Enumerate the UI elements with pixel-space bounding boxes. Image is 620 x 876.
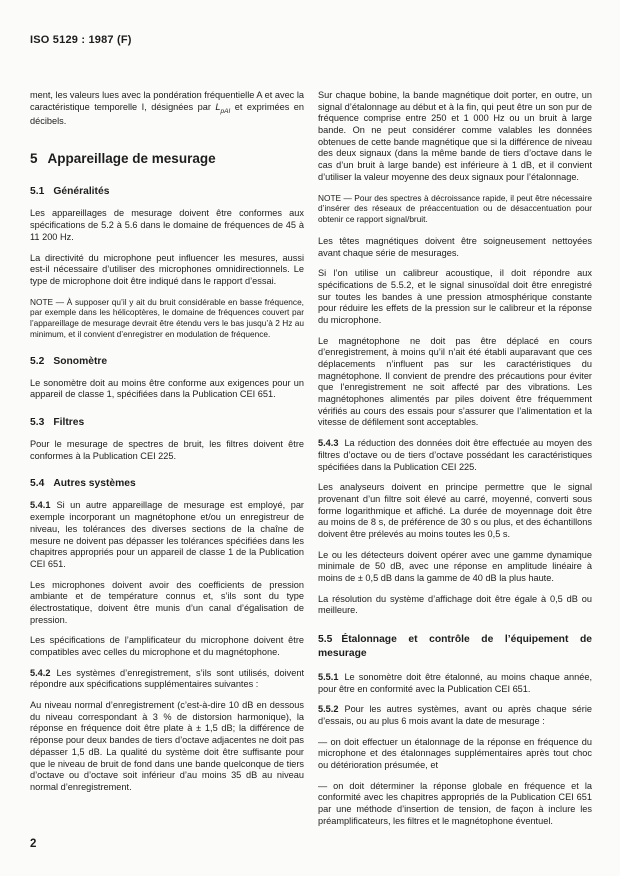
subsection-heading-5-1: 5.1Généralités	[30, 186, 304, 197]
numbered-paragraph-5-4-1: 5.4.1Si un autre appareillage de mesurag…	[30, 500, 304, 570]
clause-text: Pour les autres systèmes, avant ou après…	[318, 704, 592, 726]
dash-list-item: — on doit déterminer la réponse globale …	[318, 781, 592, 828]
subsection-heading-5-2: 5.2Sonomètre	[30, 356, 304, 367]
paragraph: Si l’on utilise un calibreur acoustique,…	[318, 268, 592, 326]
subsection-heading-5-5: 5.5Étalonnage et contrôle de l’équipemen…	[318, 633, 592, 661]
section-title: Appareillage de mesurage	[48, 151, 216, 166]
numbered-paragraph-5-4-3: 5.4.3La réduction des données doit être …	[318, 438, 592, 473]
document-reference: ISO 5129 : 1987 (F)	[30, 34, 132, 46]
clause-text: Les systèmes d’enregistrement, s’ils son…	[30, 668, 304, 690]
paragraph: Le magnétophone ne doit pas être déplacé…	[318, 336, 592, 430]
paragraph: Les têtes magnétiques doivent être soign…	[318, 236, 592, 259]
clause-text: Si un autre appareillage de mesurage est…	[30, 500, 304, 568]
subsection-heading-5-3: 5.3Filtres	[30, 417, 304, 428]
page-number: 2	[30, 838, 36, 850]
paragraph: Les appareillages de mesurage doivent êt…	[30, 208, 304, 243]
subsection-title: Sonomètre	[53, 356, 107, 367]
paragraph: Les microphones doivent avoir des coeffi…	[30, 580, 304, 627]
subsection-heading-5-4: 5.4Autres systèmes	[30, 478, 304, 489]
paragraph: Au niveau normal d’enregistrement (c’est…	[30, 700, 304, 794]
paragraph: Les analyseurs doivent en principe perme…	[318, 482, 592, 540]
paragraph: Pour le mesurage de spectres de bruit, l…	[30, 439, 304, 462]
paragraph: Le sonomètre doit au moins être conforme…	[30, 378, 304, 401]
numbered-paragraph-5-5-2: 5.5.2Pour les autres systèmes, avant ou …	[318, 704, 592, 727]
note-paragraph: NOTE — À supposer qu’il y ait du bruit c…	[30, 297, 304, 340]
document-page: ISO 5129 : 1987 (F) ment, les valeurs lu…	[0, 0, 620, 876]
section-heading-5: 5Appareillage de mesurage	[30, 151, 304, 166]
subsection-number: 5.5	[318, 634, 332, 645]
clause-text: La réduction des données doit être effec…	[318, 438, 592, 471]
paragraph: Sur chaque bobine, la bande magnétique d…	[318, 90, 592, 184]
clause-number: 5.5.2	[318, 704, 338, 714]
clause-number: 5.4.1	[30, 500, 50, 510]
left-column: ment, les valeurs lues avec la pondérati…	[30, 90, 304, 836]
subsection-title: Autres systèmes	[53, 478, 135, 489]
clause-text: Le sonomètre doit être étalonné, au moin…	[318, 672, 592, 694]
clause-number: 5.4.3	[318, 438, 338, 448]
numbered-paragraph-5-5-1: 5.5.1Le sonomètre doit être étalonné, au…	[318, 672, 592, 695]
subsection-number: 5.1	[30, 186, 44, 197]
paragraph-continuation: ment, les valeurs lues avec la pondérati…	[30, 90, 304, 127]
symbol-subscript: pAI	[221, 108, 231, 115]
paragraph: La directivité du microphone peut influe…	[30, 253, 304, 288]
subsection-title: Généralités	[53, 186, 109, 197]
subsection-title: Étalonnage et contrôle de l’équipement d…	[318, 634, 592, 659]
dash-list-item: — on doit effectuer un étalonnage de la …	[318, 737, 592, 772]
note-paragraph: NOTE — Pour des spectres à décroissance …	[318, 193, 592, 225]
paragraph: Le ou les détecteurs doivent opérer avec…	[318, 550, 592, 585]
subsection-number: 5.4	[30, 478, 44, 489]
subsection-number: 5.2	[30, 356, 44, 367]
paragraph: La résolution du système d’affichage doi…	[318, 594, 592, 617]
subsection-number: 5.3	[30, 417, 44, 428]
paragraph: Les spécifications de l’amplificateur du…	[30, 635, 304, 658]
subsection-title: Filtres	[53, 417, 84, 428]
right-column: Sur chaque bobine, la bande magnétique d…	[318, 90, 592, 836]
clause-number: 5.5.1	[318, 672, 338, 682]
section-number: 5	[30, 151, 38, 166]
two-column-layout: ment, les valeurs lues avec la pondérati…	[30, 90, 592, 836]
numbered-paragraph-5-4-2: 5.4.2Les systèmes d’enregistrement, s’il…	[30, 668, 304, 691]
clause-number: 5.4.2	[30, 668, 50, 678]
